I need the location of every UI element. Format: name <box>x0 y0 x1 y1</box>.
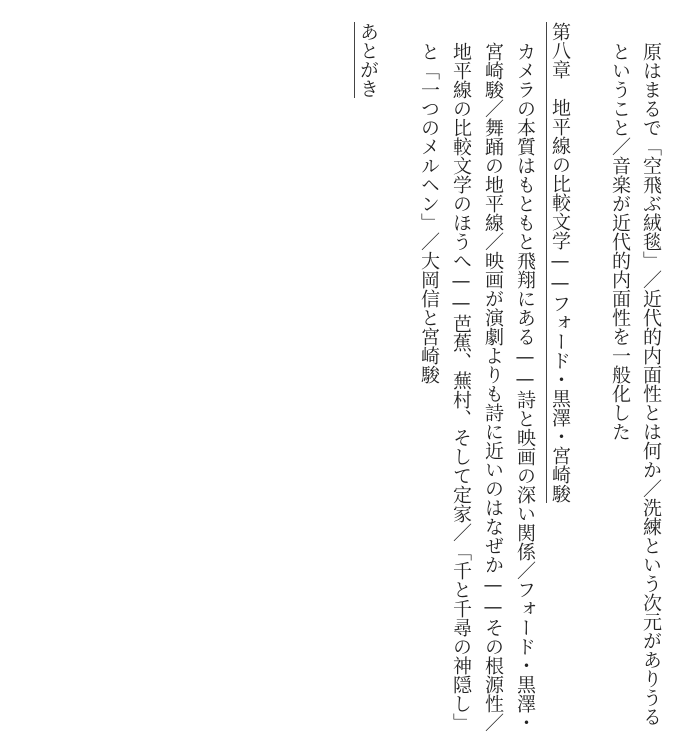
toc-entry: ということ／音楽が近代的内面性を一般化した <box>609 42 631 441</box>
chapter-heading: 第八章 地平線の比較文学——フォード・黒澤・宮崎駿 <box>546 22 571 503</box>
toc-entry: カメラの本質はもともと飛翔にある——詩と映画の深い関係／フォード・黒澤・ <box>514 42 536 732</box>
afterword-heading: あとがき <box>354 22 379 98</box>
toc-entry: と「一つのメルヘン」／大岡信と宮崎駿 <box>418 42 440 384</box>
toc-entry: 地平線の比較文学のほうへ——芭蕉、蕪村、そして定家／「千と千尋の神隠し」 <box>450 42 472 732</box>
toc-entry: 宮崎駿／舞踊の地平線／映画が演劇よりも詩に近いのはなぜか——その根源性／ <box>482 42 504 732</box>
toc-entry: 原はまるで「空飛ぶ絨毯」／近代的内面性とは何か／洗練という次元がありうる <box>640 42 662 726</box>
